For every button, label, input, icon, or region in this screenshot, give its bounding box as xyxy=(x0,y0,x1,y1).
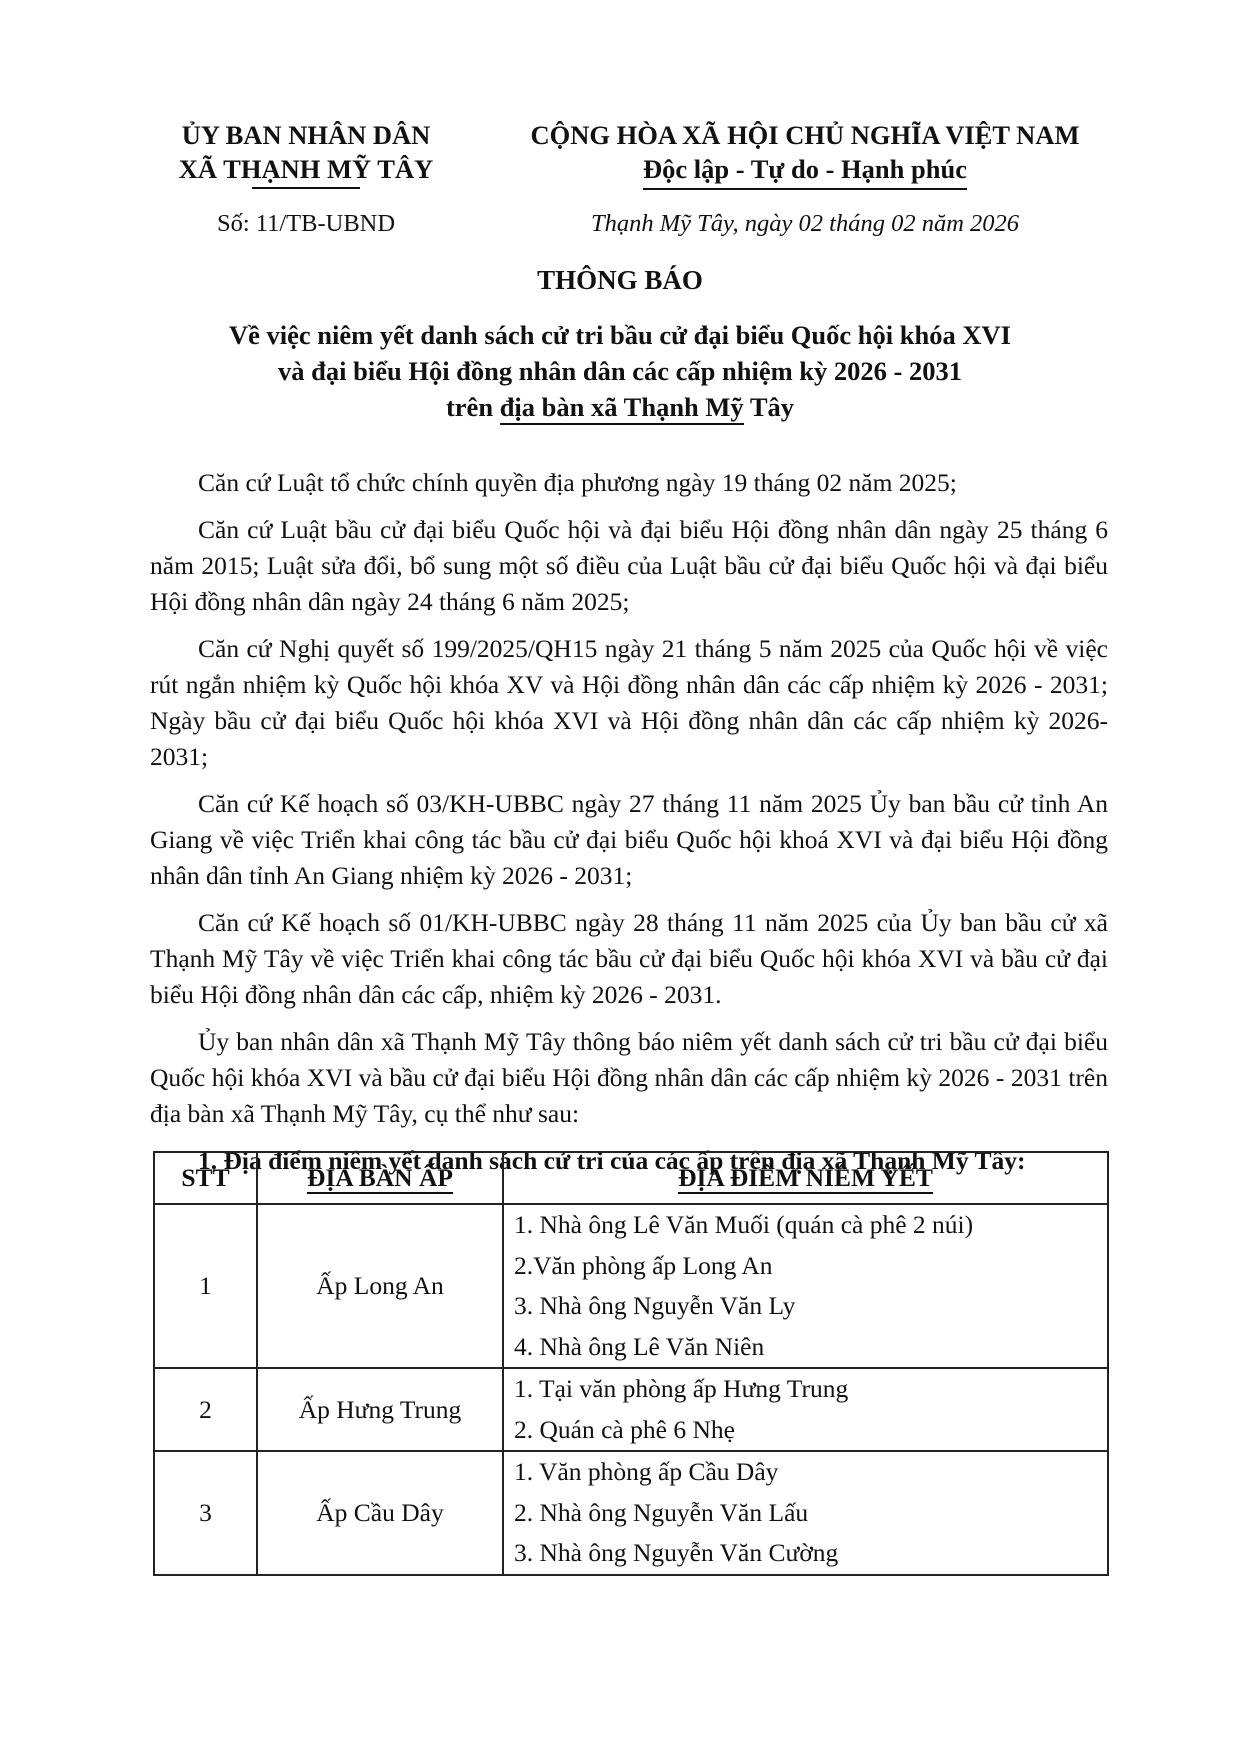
legal-basis-paragraph: Căn cứ Nghị quyết số 199/2025/QH15 ngày … xyxy=(150,631,1108,775)
legal-basis-paragraph: Căn cứ Luật bầu cử đại biểu Quốc hội và … xyxy=(150,512,1108,620)
place-item: 4. Nhà ông Lê Văn Niên xyxy=(514,1327,1097,1368)
row-stt: 2 xyxy=(154,1368,257,1451)
row-area: Ấp Long An xyxy=(257,1204,503,1368)
row-places: 1. Văn phòng ấp Cầu Dây 2. Nhà ông Nguyễ… xyxy=(503,1451,1108,1575)
subject-line-3-suffix: Tây xyxy=(744,392,794,422)
legal-basis-paragraph: Căn cứ Luật tổ chức chính quyền địa phươ… xyxy=(150,465,1108,501)
subject-line-3-prefix: trên xyxy=(446,392,500,422)
row-stt: 3 xyxy=(154,1451,257,1575)
header-area: ĐỊA BÀN ẤP xyxy=(257,1152,503,1204)
issuing-agency: ỦY BAN NHÂN DÂN XÃ THẠNH MỸ TÂY xyxy=(150,118,462,189)
document-page: ỦY BAN NHÂN DÂN XÃ THẠNH MỸ TÂY CỘNG HÒA… xyxy=(0,0,1240,1753)
header-posting-location: ĐỊA ĐIỂM NIÊM YẾT xyxy=(503,1152,1108,1204)
national-heading: CỘNG HÒA XÃ HỘI CHỦ NGHĨA VIỆT NAM Độc l… xyxy=(505,118,1105,190)
place-item: 3. Nhà ông Nguyễn Văn Ly xyxy=(514,1286,1097,1327)
subject-line-3-underlined: địa bàn xã Thạnh Mỹ xyxy=(500,392,744,425)
document-type-title: THÔNG BÁO xyxy=(0,265,1240,296)
header-stt: STT xyxy=(154,1152,257,1204)
place-item: 3. Nhà ông Nguyễn Văn Cường xyxy=(514,1533,1097,1574)
place-item: 2.Văn phòng ấp Long An xyxy=(514,1246,1097,1287)
place-and-date: Thạnh Mỹ Tây, ngày 02 tháng 02 năm 2026 xyxy=(505,210,1105,238)
nation-name: CỘNG HÒA XÃ HỘI CHỦ NGHĨA VIỆT NAM xyxy=(505,118,1105,152)
place-item: 2. Nhà ông Nguyễn Văn Lấu xyxy=(514,1493,1097,1534)
subject-line-3: trên địa bàn xã Thạnh Mỹ Tây xyxy=(0,389,1240,425)
subject-line-1: Về việc niêm yết danh sách cử tri bầu cử… xyxy=(0,317,1240,353)
legal-basis-paragraph: Căn cứ Kế hoạch số 03/KH-UBBC ngày 27 th… xyxy=(150,786,1108,894)
row-places: 1. Tại văn phòng ấp Hưng Trung 2. Quán c… xyxy=(503,1368,1108,1451)
row-area: Ấp Cầu Dây xyxy=(257,1451,503,1575)
row-stt: 1 xyxy=(154,1204,257,1368)
agency-underline xyxy=(252,187,360,189)
table-row: 3 Ấp Cầu Dây 1. Văn phòng ấp Cầu Dây 2. … xyxy=(154,1451,1108,1575)
row-area: Ấp Hưng Trung xyxy=(257,1368,503,1451)
subject-line-2: và đại biểu Hội đồng nhân dân các cấp nh… xyxy=(0,353,1240,389)
national-motto: Độc lập - Tự do - Hạnh phúc xyxy=(643,152,967,190)
agency-line-2: XÃ THẠNH MỸ TÂY xyxy=(150,152,462,186)
document-body: Căn cứ Luật tổ chức chính quyền địa phươ… xyxy=(150,465,1108,1179)
row-places: 1. Nhà ông Lê Văn Muối (quán cà phê 2 nú… xyxy=(503,1204,1108,1368)
posting-locations-table: STT ĐỊA BÀN ẤP ĐỊA ĐIỂM NIÊM YẾT 1 Ấp Lo… xyxy=(153,1151,1109,1576)
table-header-row: STT ĐỊA BÀN ẤP ĐỊA ĐIỂM NIÊM YẾT xyxy=(154,1152,1108,1204)
table-row: 1 Ấp Long An 1. Nhà ông Lê Văn Muối (quá… xyxy=(154,1204,1108,1368)
legal-basis-paragraph: Căn cứ Kế hoạch số 01/KH-UBBC ngày 28 th… xyxy=(150,905,1108,1013)
place-item: 1. Tại văn phòng ấp Hưng Trung xyxy=(514,1369,1097,1410)
table-row: 2 Ấp Hưng Trung 1. Tại văn phòng ấp Hưng… xyxy=(154,1368,1108,1451)
announcement-paragraph: Ủy ban nhân dân xã Thạnh Mỹ Tây thông bá… xyxy=(150,1024,1108,1132)
place-item: 1. Văn phòng ấp Cầu Dây xyxy=(514,1452,1097,1493)
place-item: 2. Quán cà phê 6 Nhẹ xyxy=(514,1410,1097,1451)
place-item: 1. Nhà ông Lê Văn Muối (quán cà phê 2 nú… xyxy=(514,1205,1097,1246)
document-number: Số: 11/TB-UBND xyxy=(150,210,462,238)
agency-line-1: ỦY BAN NHÂN DÂN xyxy=(150,118,462,152)
